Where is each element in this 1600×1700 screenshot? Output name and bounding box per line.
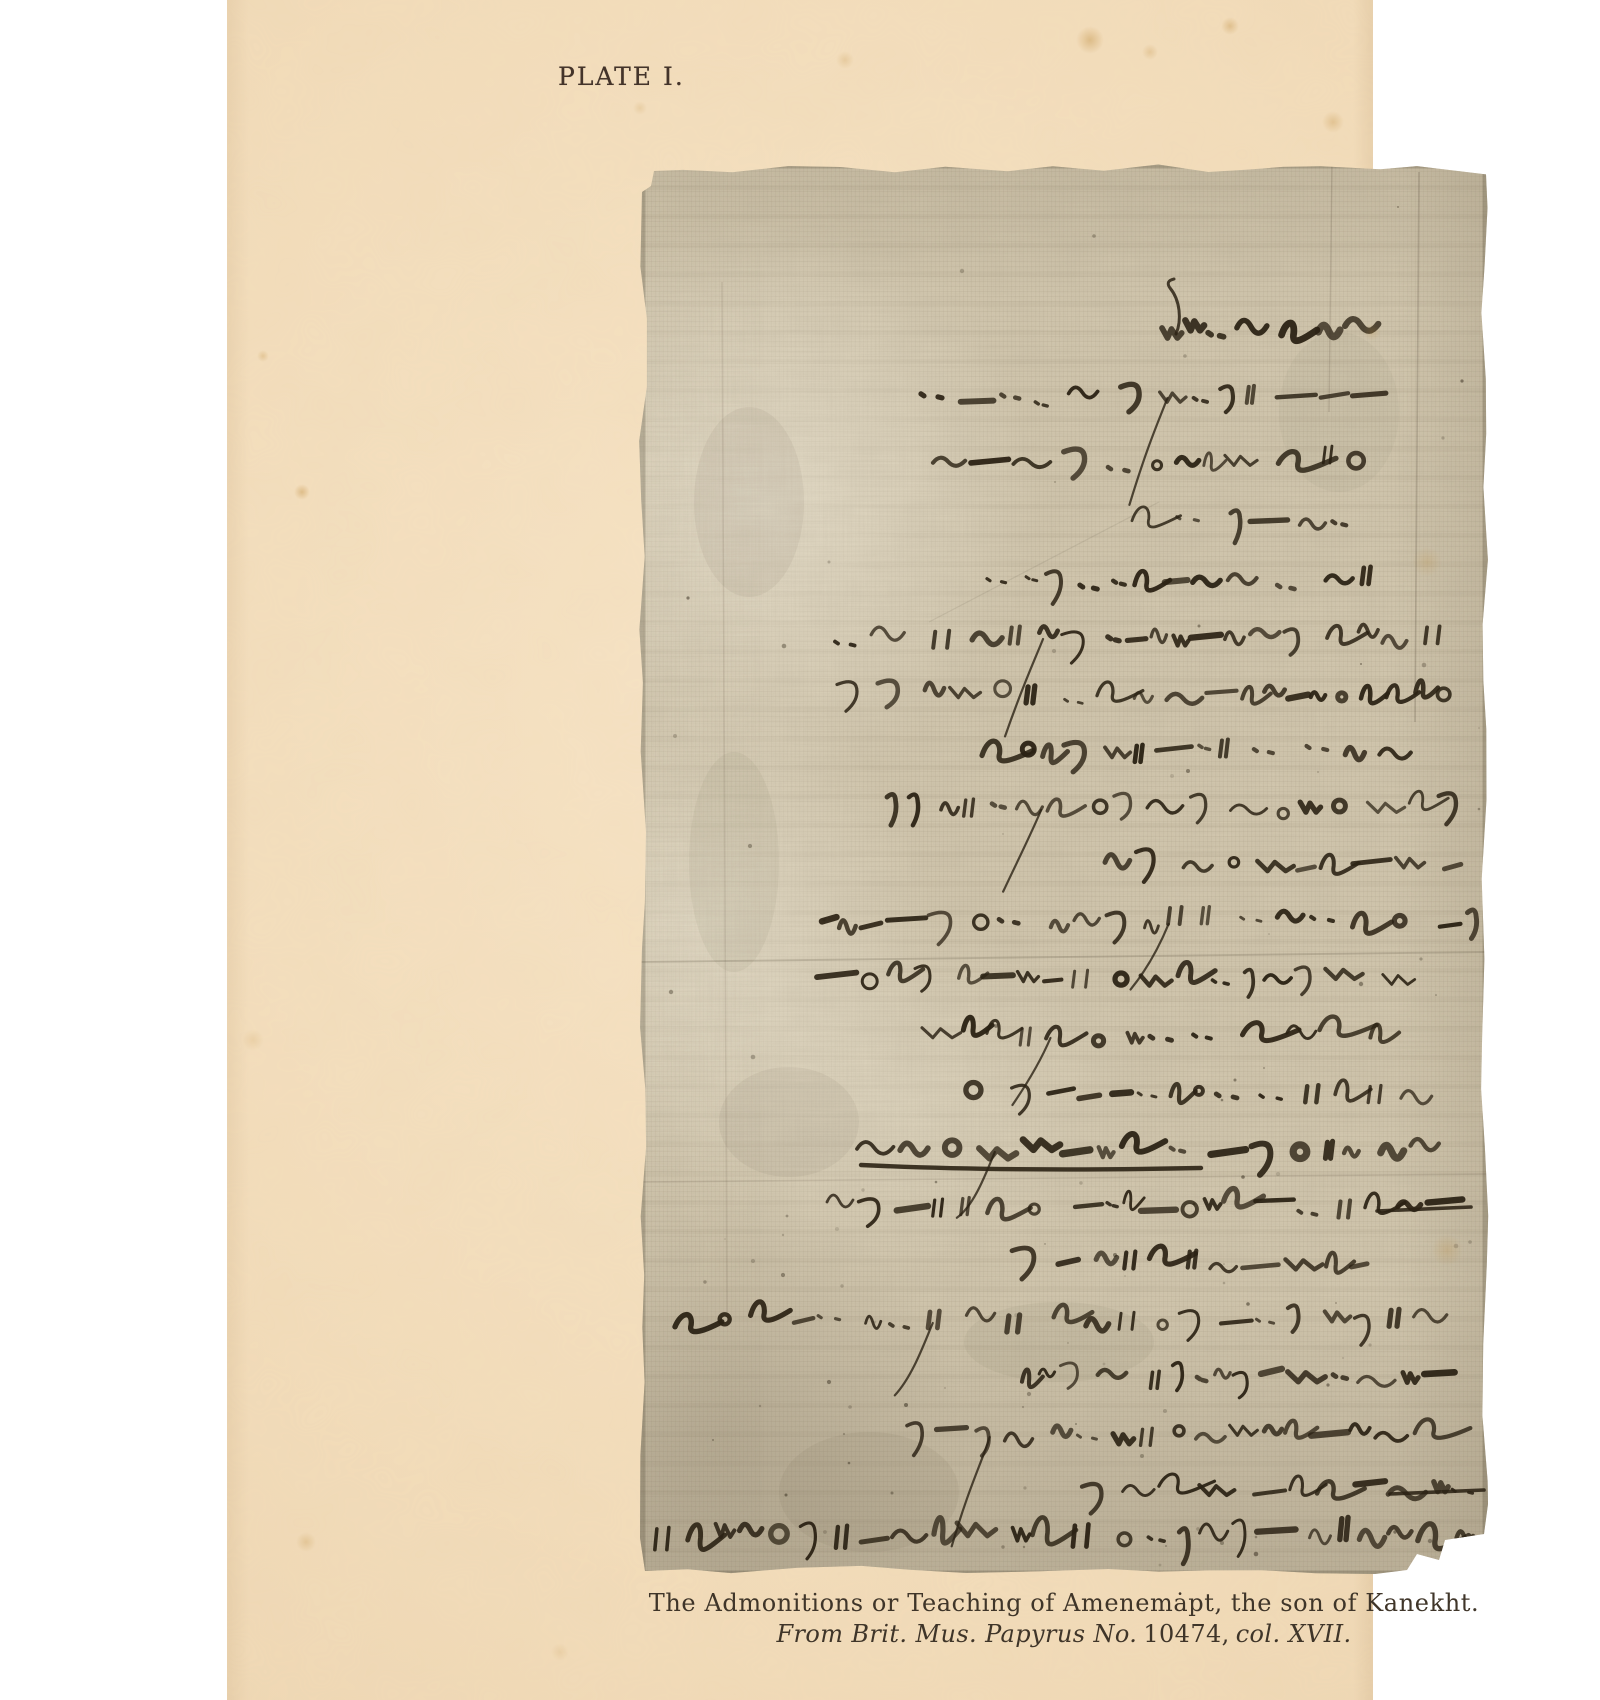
ink-speck <box>782 1234 784 1236</box>
ink-speck <box>781 1273 785 1277</box>
ink-speck <box>843 1433 845 1435</box>
ink-speck <box>1163 1246 1166 1249</box>
ink-speck <box>1183 354 1187 358</box>
caption-source: From Brit. Mus. Papyrus No.10474,col. XV… <box>639 1618 1489 1651</box>
ink-speck <box>1268 933 1270 935</box>
ink-speck <box>1460 379 1463 382</box>
plate-caption: The Admonitions or Teaching of Amenemȧpt… <box>639 1588 1489 1651</box>
foxing-spot <box>257 350 269 362</box>
ink-speck <box>1263 1067 1265 1069</box>
ink-speck <box>724 1238 726 1240</box>
ink-speck <box>840 1284 843 1287</box>
ink-speck <box>1221 1099 1224 1102</box>
foxing-spot <box>294 484 310 500</box>
ink-speck <box>686 596 689 599</box>
ink-speck <box>1014 1313 1018 1317</box>
ink-speck <box>1397 206 1399 208</box>
ink-speck <box>823 919 826 922</box>
foxing-spot <box>836 51 854 69</box>
ink-speck <box>861 1188 864 1191</box>
ink-speck <box>1023 1546 1025 1548</box>
ink-speck <box>1241 1175 1245 1179</box>
ink-speck <box>1393 1530 1396 1533</box>
ink-speck <box>1170 774 1174 778</box>
ink-speck <box>1487 1517 1489 1519</box>
ink-speck <box>994 1024 998 1028</box>
ink-speck <box>1022 1406 1024 1408</box>
ink-speck <box>1052 649 1056 653</box>
ink-speck <box>1453 1574 1455 1576</box>
ink-speck <box>827 1380 831 1384</box>
ink-speck <box>1234 1079 1237 1082</box>
ink-speck <box>1186 769 1190 773</box>
ink-speck <box>1027 1392 1031 1396</box>
ink-speck <box>1468 1240 1472 1244</box>
ink-speck <box>1342 1357 1344 1359</box>
ink-speck <box>1276 1172 1280 1176</box>
caption-source-number: 10474, <box>1143 1620 1229 1648</box>
ink-speck <box>703 1280 706 1283</box>
ink-speck <box>904 1403 908 1407</box>
ink-speck <box>712 1439 714 1441</box>
ink-speck <box>1067 1342 1069 1344</box>
papyrus-photo <box>639 162 1489 1577</box>
ink-speck <box>1317 771 1319 773</box>
ink-speck <box>1335 1302 1337 1304</box>
ink-speck <box>786 1215 789 1218</box>
ink-speck <box>1223 1282 1226 1285</box>
ink-speck <box>1002 833 1003 834</box>
ink-speck <box>748 844 752 848</box>
ink-speck <box>1456 1538 1458 1540</box>
ink-speck <box>1092 234 1096 238</box>
caption-title: The Admonitions or Teaching of Amenemȧpt… <box>639 1588 1489 1618</box>
ink-speck <box>759 1405 761 1407</box>
caption-source-post: col. XVII. <box>1236 1620 1352 1648</box>
ink-speck <box>1054 481 1056 483</box>
ink-speck <box>835 1227 839 1231</box>
ink-speck <box>1478 727 1480 729</box>
ink-speck <box>1163 1409 1167 1413</box>
ink-speck <box>874 1321 877 1324</box>
ink-speck <box>935 1181 938 1184</box>
ink-speck <box>1023 1486 1026 1489</box>
foxing-spot <box>633 101 647 115</box>
ink-speck <box>828 561 831 564</box>
ink-speck <box>1246 1302 1250 1306</box>
foxing-spot <box>242 1029 264 1051</box>
ink-speck <box>1428 1539 1432 1543</box>
ink-speck <box>1360 663 1362 665</box>
ink-speck <box>1196 1527 1200 1531</box>
ink-speck <box>1326 1383 1329 1386</box>
ink-speck <box>1419 957 1422 960</box>
ink-speck <box>751 1259 755 1263</box>
ink-speck <box>1254 1552 1259 1557</box>
foxing-spot <box>1076 26 1104 54</box>
foxing-spot <box>1322 111 1344 133</box>
foxing-spot <box>296 1532 316 1552</box>
ink-speck <box>960 269 964 273</box>
ink-speck <box>891 1492 894 1495</box>
ink-speck <box>823 1530 827 1534</box>
ink-speck <box>1140 1454 1144 1458</box>
ink-speck <box>1220 1541 1224 1545</box>
ink-speck <box>1422 663 1427 668</box>
ink-speck <box>1454 1244 1459 1249</box>
ink-speck <box>944 1387 946 1389</box>
ink-speck <box>1113 1253 1117 1257</box>
book-page: PLATE I. <box>227 0 1373 1700</box>
ink-speck <box>1001 1545 1004 1548</box>
ink-speck <box>785 1494 788 1497</box>
foxing-spot <box>1221 17 1239 35</box>
ink-speck <box>1159 1564 1162 1567</box>
ink-speck <box>848 1405 852 1409</box>
ink-speck <box>1079 1181 1082 1184</box>
ink-speck <box>1478 808 1481 811</box>
caption-source-pre: From Brit. Mus. Papyrus No. <box>776 1620 1137 1648</box>
papyrus-script <box>639 162 1489 1577</box>
ink-speck <box>1368 1343 1371 1346</box>
ink-speck <box>848 1462 851 1465</box>
ink-speck <box>673 734 677 738</box>
ink-speck <box>1198 625 1201 628</box>
ink-speck <box>1101 1035 1103 1037</box>
plate-label: PLATE I. <box>558 62 685 91</box>
ink-speck <box>1193 1203 1196 1206</box>
ink-speck <box>1124 1275 1126 1277</box>
ink-speck <box>1223 1263 1225 1265</box>
ink-speck <box>1044 1243 1045 1244</box>
ink-speck <box>1435 994 1437 996</box>
foxing-spot <box>1142 44 1158 60</box>
ink-speck <box>1075 1423 1077 1425</box>
ink-speck <box>1103 1363 1106 1366</box>
foxing-spot <box>551 1643 569 1661</box>
ink-speck <box>669 990 673 994</box>
ink-speck <box>782 644 787 649</box>
ink-speck <box>1255 1536 1258 1539</box>
ink-speck <box>1441 436 1444 439</box>
ink-speck <box>751 1055 756 1060</box>
ink-speck <box>1359 982 1363 986</box>
ink-speck <box>1165 1545 1167 1547</box>
